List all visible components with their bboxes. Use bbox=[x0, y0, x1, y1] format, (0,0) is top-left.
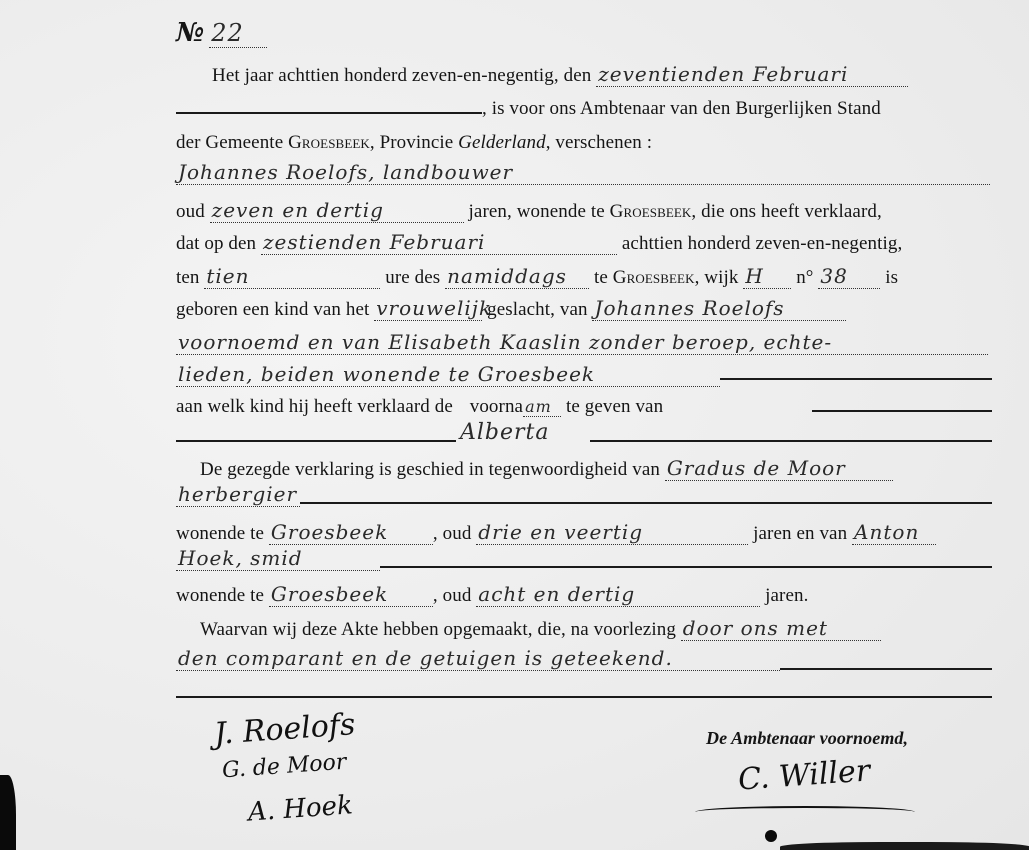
signature-declarant: J. Roelofs bbox=[213, 707, 356, 752]
line-declarant: Johannes Roelofs, landbouwer bbox=[176, 160, 990, 185]
witness1-occupation: herbergier bbox=[176, 482, 300, 507]
ink-blot bbox=[765, 830, 777, 842]
text-provincie: , Provincie bbox=[370, 132, 453, 153]
next-page-text-edge bbox=[780, 842, 1029, 850]
parents-residence: lieden, beiden wonende te Groesbeek bbox=[176, 362, 720, 387]
reading-note: door ons met bbox=[681, 616, 881, 641]
text-dat-op: dat op den bbox=[176, 233, 256, 254]
blank-rule bbox=[176, 112, 482, 114]
blank-rule bbox=[780, 668, 992, 670]
blank-rule bbox=[812, 410, 992, 412]
text-year-repeat: achttien honderd zeven-en-negentig, bbox=[622, 233, 902, 254]
blank-rule bbox=[590, 440, 992, 442]
text-year: Het jaar achttien honderd zeven-en-negen… bbox=[212, 65, 591, 86]
line-birth-time-place: ten tien ure des namiddags te Groesbeek,… bbox=[176, 264, 898, 289]
text-geboren: geboren een kind van het bbox=[176, 299, 369, 320]
text-wonende-te: wonende te bbox=[176, 585, 264, 606]
text-geslacht: geslacht, van bbox=[487, 299, 587, 320]
witness2-age: acht en dertig bbox=[476, 582, 760, 607]
text-te: te bbox=[594, 267, 608, 288]
official-flourish bbox=[695, 806, 915, 818]
birth-daypart: namiddags bbox=[445, 264, 589, 289]
line-year-intro: Het jaar achttien honderd zeven-en-negen… bbox=[212, 62, 908, 87]
blank-rule bbox=[720, 378, 992, 380]
line-witness1-residence: wonende te Groesbeek, oud drie en veerti… bbox=[176, 520, 936, 545]
line-closing: Waarvan wij deze Akte hebben opgemaakt, … bbox=[200, 616, 881, 641]
text-verklaard: , die ons heeft verklaard, bbox=[691, 201, 881, 222]
text-wijk: , wijk bbox=[695, 267, 739, 288]
line-child-name: Alberta bbox=[460, 420, 550, 445]
document-page: № 22 Het jaar achttien honderd zeven-en-… bbox=[0, 0, 1029, 850]
text-no: n° bbox=[796, 267, 813, 288]
text-ten: ten bbox=[176, 267, 200, 288]
signature-witness2: A. Hoek bbox=[247, 790, 354, 827]
line-registrar: , is voor ons Ambtenaar van den Burgerli… bbox=[482, 98, 881, 120]
line-parents-residence: lieden, beiden wonende te Groesbeek bbox=[176, 362, 720, 387]
number-value: 22 bbox=[209, 19, 267, 48]
certificate-number: № 22 bbox=[176, 18, 267, 48]
text-jaren-en-van: jaren en van bbox=[753, 523, 847, 544]
text-gemeente: der Gemeente bbox=[176, 132, 283, 153]
witness1-name: Gradus de Moor bbox=[665, 456, 893, 481]
municipality: Groesbeek bbox=[288, 132, 370, 153]
residence: Groesbeek bbox=[610, 201, 692, 222]
wijk-value: H bbox=[743, 264, 791, 289]
text-verklaard-de: aan welk kind hij heeft verklaard de bbox=[176, 396, 453, 417]
birth-date: zestienden Februari bbox=[261, 230, 617, 255]
line-municipality: der Gemeente Groesbeek, Provincie Gelder… bbox=[176, 132, 652, 154]
voornaam-suffix: am bbox=[523, 397, 561, 417]
text-tegenwoordigheid: De gezegde verklaring is geschied in teg… bbox=[200, 459, 660, 480]
line-witness2-residence: wonende te Groesbeek, oud acht en dertig… bbox=[176, 582, 808, 607]
text-is: is bbox=[885, 267, 898, 288]
text-jaren: jaren. bbox=[765, 585, 808, 606]
province: Gelderland bbox=[458, 132, 546, 153]
witness1-age: drie en veertig bbox=[476, 520, 748, 545]
text-waarvan: Waarvan wij deze Akte hebben opgemaakt, … bbox=[200, 619, 676, 640]
witness1-residence: Groesbeek bbox=[269, 520, 433, 545]
edge-mark bbox=[0, 775, 16, 850]
blank-rule bbox=[176, 440, 456, 442]
declarant-name: Johannes Roelofs, landbouwer bbox=[176, 160, 990, 185]
child-given-name: Alberta bbox=[460, 420, 550, 445]
birth-hour: tien bbox=[204, 264, 380, 289]
text-te-geven: te geven van bbox=[566, 396, 663, 417]
text-voorna: voorna bbox=[470, 396, 523, 417]
text-oud: , oud bbox=[433, 585, 472, 606]
date-declaration: zeventienden Februari bbox=[596, 62, 908, 87]
child-sex: vrouwelijk bbox=[374, 296, 482, 321]
birth-place: Groesbeek bbox=[613, 267, 695, 288]
signature-official: C. Willer bbox=[737, 753, 871, 797]
blank-rule bbox=[380, 566, 992, 568]
text-oud: , oud bbox=[433, 523, 472, 544]
mother-details: voornoemd en van Elisabeth Kaaslin zonde… bbox=[176, 330, 988, 355]
line-mother: voornoemd en van Elisabeth Kaaslin zonde… bbox=[176, 330, 988, 355]
witness2-firstname: Anton bbox=[852, 520, 936, 545]
text-registrar: , is voor ons Ambtenaar van den Burgerli… bbox=[482, 98, 881, 119]
house-number: 38 bbox=[818, 264, 880, 289]
text-verschenen: , verschenen : bbox=[546, 132, 652, 153]
signature-witness1: G. de Moor bbox=[221, 750, 347, 784]
official-label: De Ambtenaar voornoemd, bbox=[706, 728, 908, 749]
text-oud: oud bbox=[176, 201, 205, 222]
witness2-residence: Groesbeek bbox=[269, 582, 433, 607]
father-name: Johannes Roelofs bbox=[592, 296, 846, 321]
closing-rule bbox=[176, 696, 992, 698]
blank-rule bbox=[300, 502, 992, 504]
text-wonende-te: wonende te bbox=[176, 523, 264, 544]
line-declarant-age: oud zeven en dertig jaren, wonende te Gr… bbox=[176, 198, 882, 223]
line-given-name-intro: aan welk kind hij heeft verklaard de voo… bbox=[176, 396, 663, 418]
text-ure-des: ure des bbox=[385, 267, 440, 288]
number-label: № bbox=[176, 18, 204, 48]
text-wonende: jaren, wonende te bbox=[469, 201, 605, 222]
line-signed-note: den comparant en de getuigen is geteeken… bbox=[176, 646, 780, 671]
line-sex-father: geboren een kind van het vrouwelijk gesl… bbox=[176, 296, 846, 321]
signed-note: den comparant en de getuigen is geteeken… bbox=[176, 646, 780, 671]
line-witness-intro: De gezegde verklaring is geschied in teg… bbox=[200, 456, 893, 481]
line-witness1-occupation: herbergier bbox=[176, 482, 300, 507]
line-birth-date: dat op den zestienden Februari achttien … bbox=[176, 230, 902, 255]
line-witness2: Hoek, smid bbox=[176, 546, 380, 571]
witness2-name-occupation: Hoek, smid bbox=[176, 546, 380, 571]
declarant-age: zeven en dertig bbox=[210, 198, 464, 223]
